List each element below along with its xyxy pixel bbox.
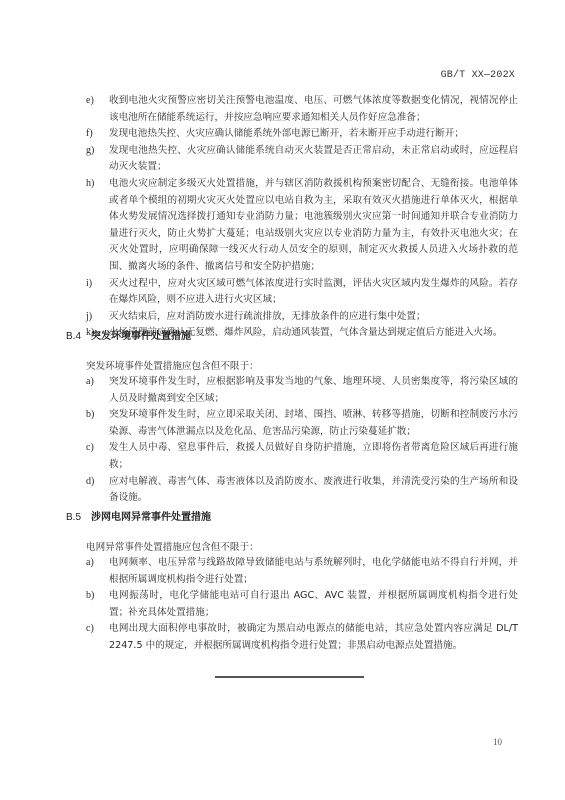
grid-measures-list: a)电网频率、电压异常与线路故障导致储能电站与系统解列时，电化学储能电站不得自行… [86, 555, 518, 655]
item-text: 突发环境事件发生时，应立即采取关闭、封堵、围挡、喷淋、转移等措施，切断和控制废污… [109, 409, 518, 437]
item-text: 电池火灾应制定多级灭火处置措施，并与辖区消防救援机构预案密切配合、无缝衔接。电池… [109, 178, 518, 272]
item-text: 收到电池火灾预警应密切关注预警电池温度、电压、可燃气体浓度等数据变化情况，视情况… [109, 95, 518, 123]
section-intro: 突发环境事件处置措施应包含但不限于： [86, 358, 259, 372]
item-text: 突发环境事件发生时，应根据影响及事发当地的气象、地理环境、人员密集度等，将污染区… [109, 376, 518, 404]
list-item: a)突发环境事件发生时，应根据影响及事发当地的气象、地理环境、人员密集度等，将污… [86, 374, 518, 407]
item-text: 灭火过程中，应对火灾区域可燃气体浓度进行实时监测，评估火灾区域内发生爆炸的风险。… [109, 278, 518, 306]
section-title: 涉网电网异常事件处置措施 [91, 512, 211, 523]
section-heading-b4: B.4突发环境事件处置措施 [66, 327, 191, 342]
list-item: g)发现电池热失控、火灾应确认储能系统自动灭火装置是否正常启动，未正常启动或时，… [86, 143, 518, 176]
item-label: i) [86, 276, 92, 293]
list-item: j)灭火结束后，应对消防废水进行疏流排放，无排放条件的应进行集中处置； [86, 309, 518, 326]
item-text: 电网频率、电压异常与线路故障导致储能电站与系统解列时，电化学储能电站不得自行并网… [109, 557, 518, 585]
item-text: 电网振荡时，电化学储能电站可自行退出 AGC、AVC 装置，并根据所属调度机构指… [109, 590, 518, 618]
item-label: c) [86, 440, 94, 457]
list-item: a)电网频率、电压异常与线路故障导致储能电站与系统解列时，电化学储能电站不得自行… [86, 555, 518, 588]
environment-measures-list: a)突发环境事件发生时，应根据影响及事发当地的气象、地理环境、人员密集度等，将污… [86, 374, 518, 507]
item-label: a) [86, 555, 94, 572]
item-text: 发生人员中毒、窒息事件后，救援人员做好自身防护措施，立即将伤者带离危险区域后再进… [109, 442, 518, 470]
item-label: f) [86, 126, 93, 143]
item-label: j) [86, 309, 92, 326]
list-item: h)电池火灾应制定多级灭火处置措施，并与辖区消防救援机构预案密切配合、无缝衔接。… [86, 176, 518, 276]
end-rule-divider [215, 676, 364, 678]
item-text: 应对电解液、毒害气体、毒害液体以及消防废水、废液进行收集，并清洗受污染的生产场所… [109, 476, 518, 504]
item-label: h) [86, 176, 94, 193]
section-number: B.4 [66, 331, 81, 342]
item-label: b) [86, 407, 94, 424]
list-item: b)电网振荡时，电化学储能电站可自行退出 AGC、AVC 装置，并根据所属调度机… [86, 588, 518, 621]
item-text: 电网出现大面积停电事故时，被确定为黑启动电源点的储能电站，其应急处置内容应满足 … [109, 623, 518, 651]
section-heading-b5: B.5涉网电网异常事件处置措施 [66, 508, 211, 523]
list-item: i)灭火过程中，应对火灾区域可燃气体浓度进行实时监测，评估火灾区域内发生爆炸的风… [86, 276, 518, 309]
page-number: 10 [493, 737, 502, 747]
item-label: a) [86, 374, 94, 391]
item-label: d) [86, 474, 94, 491]
list-item: e)收到电池火灾预警应密切关注预警电池温度、电压、可燃气体浓度等数据变化情况，视… [86, 93, 518, 126]
list-item: c)电网出现大面积停电事故时，被确定为黑启动电源点的储能电站，其应急处置内容应满… [86, 621, 518, 654]
item-label: c) [86, 621, 94, 638]
item-text: 灭火结束后，应对消防废水进行疏流排放，无排放条件的应进行集中处置； [109, 311, 426, 322]
item-text: 发现电池热失控、火灾应确认储能系统自动灭火装置是否正常启动，未正常启动或时，应远… [109, 145, 518, 173]
fire-measures-list: e)收到电池火灾预警应密切关注预警电池温度、电压、可燃气体浓度等数据变化情况，视… [86, 93, 518, 342]
item-label: g) [86, 143, 94, 160]
section-intro: 电网异常事件处置措施应包含但不限于： [86, 539, 259, 553]
item-label: b) [86, 588, 94, 605]
item-text: 发现电池热失控、火灾应确认储能系统外部电源已断开，若未断开应手动进行断开； [109, 128, 464, 139]
section-title: 突发环境事件处置措施 [91, 331, 191, 342]
list-item: f)发现电池热失控、火灾应确认储能系统外部电源已断开，若未断开应手动进行断开； [86, 126, 518, 143]
list-item: d)应对电解液、毒害气体、毒害液体以及消防废水、废液进行收集，并清洗受污染的生产… [86, 474, 518, 507]
list-item: c)发生人员中毒、窒息事件后，救援人员做好自身防护措施，立即将伤者带离危险区域后… [86, 440, 518, 473]
item-label: e) [86, 93, 94, 110]
standard-code: GB/T XX—202X [441, 70, 515, 81]
list-item: b)突发环境事件发生时，应立即采取关闭、封堵、围挡、喷淋、转移等措施，切断和控制… [86, 407, 518, 440]
section-number: B.5 [66, 512, 81, 523]
